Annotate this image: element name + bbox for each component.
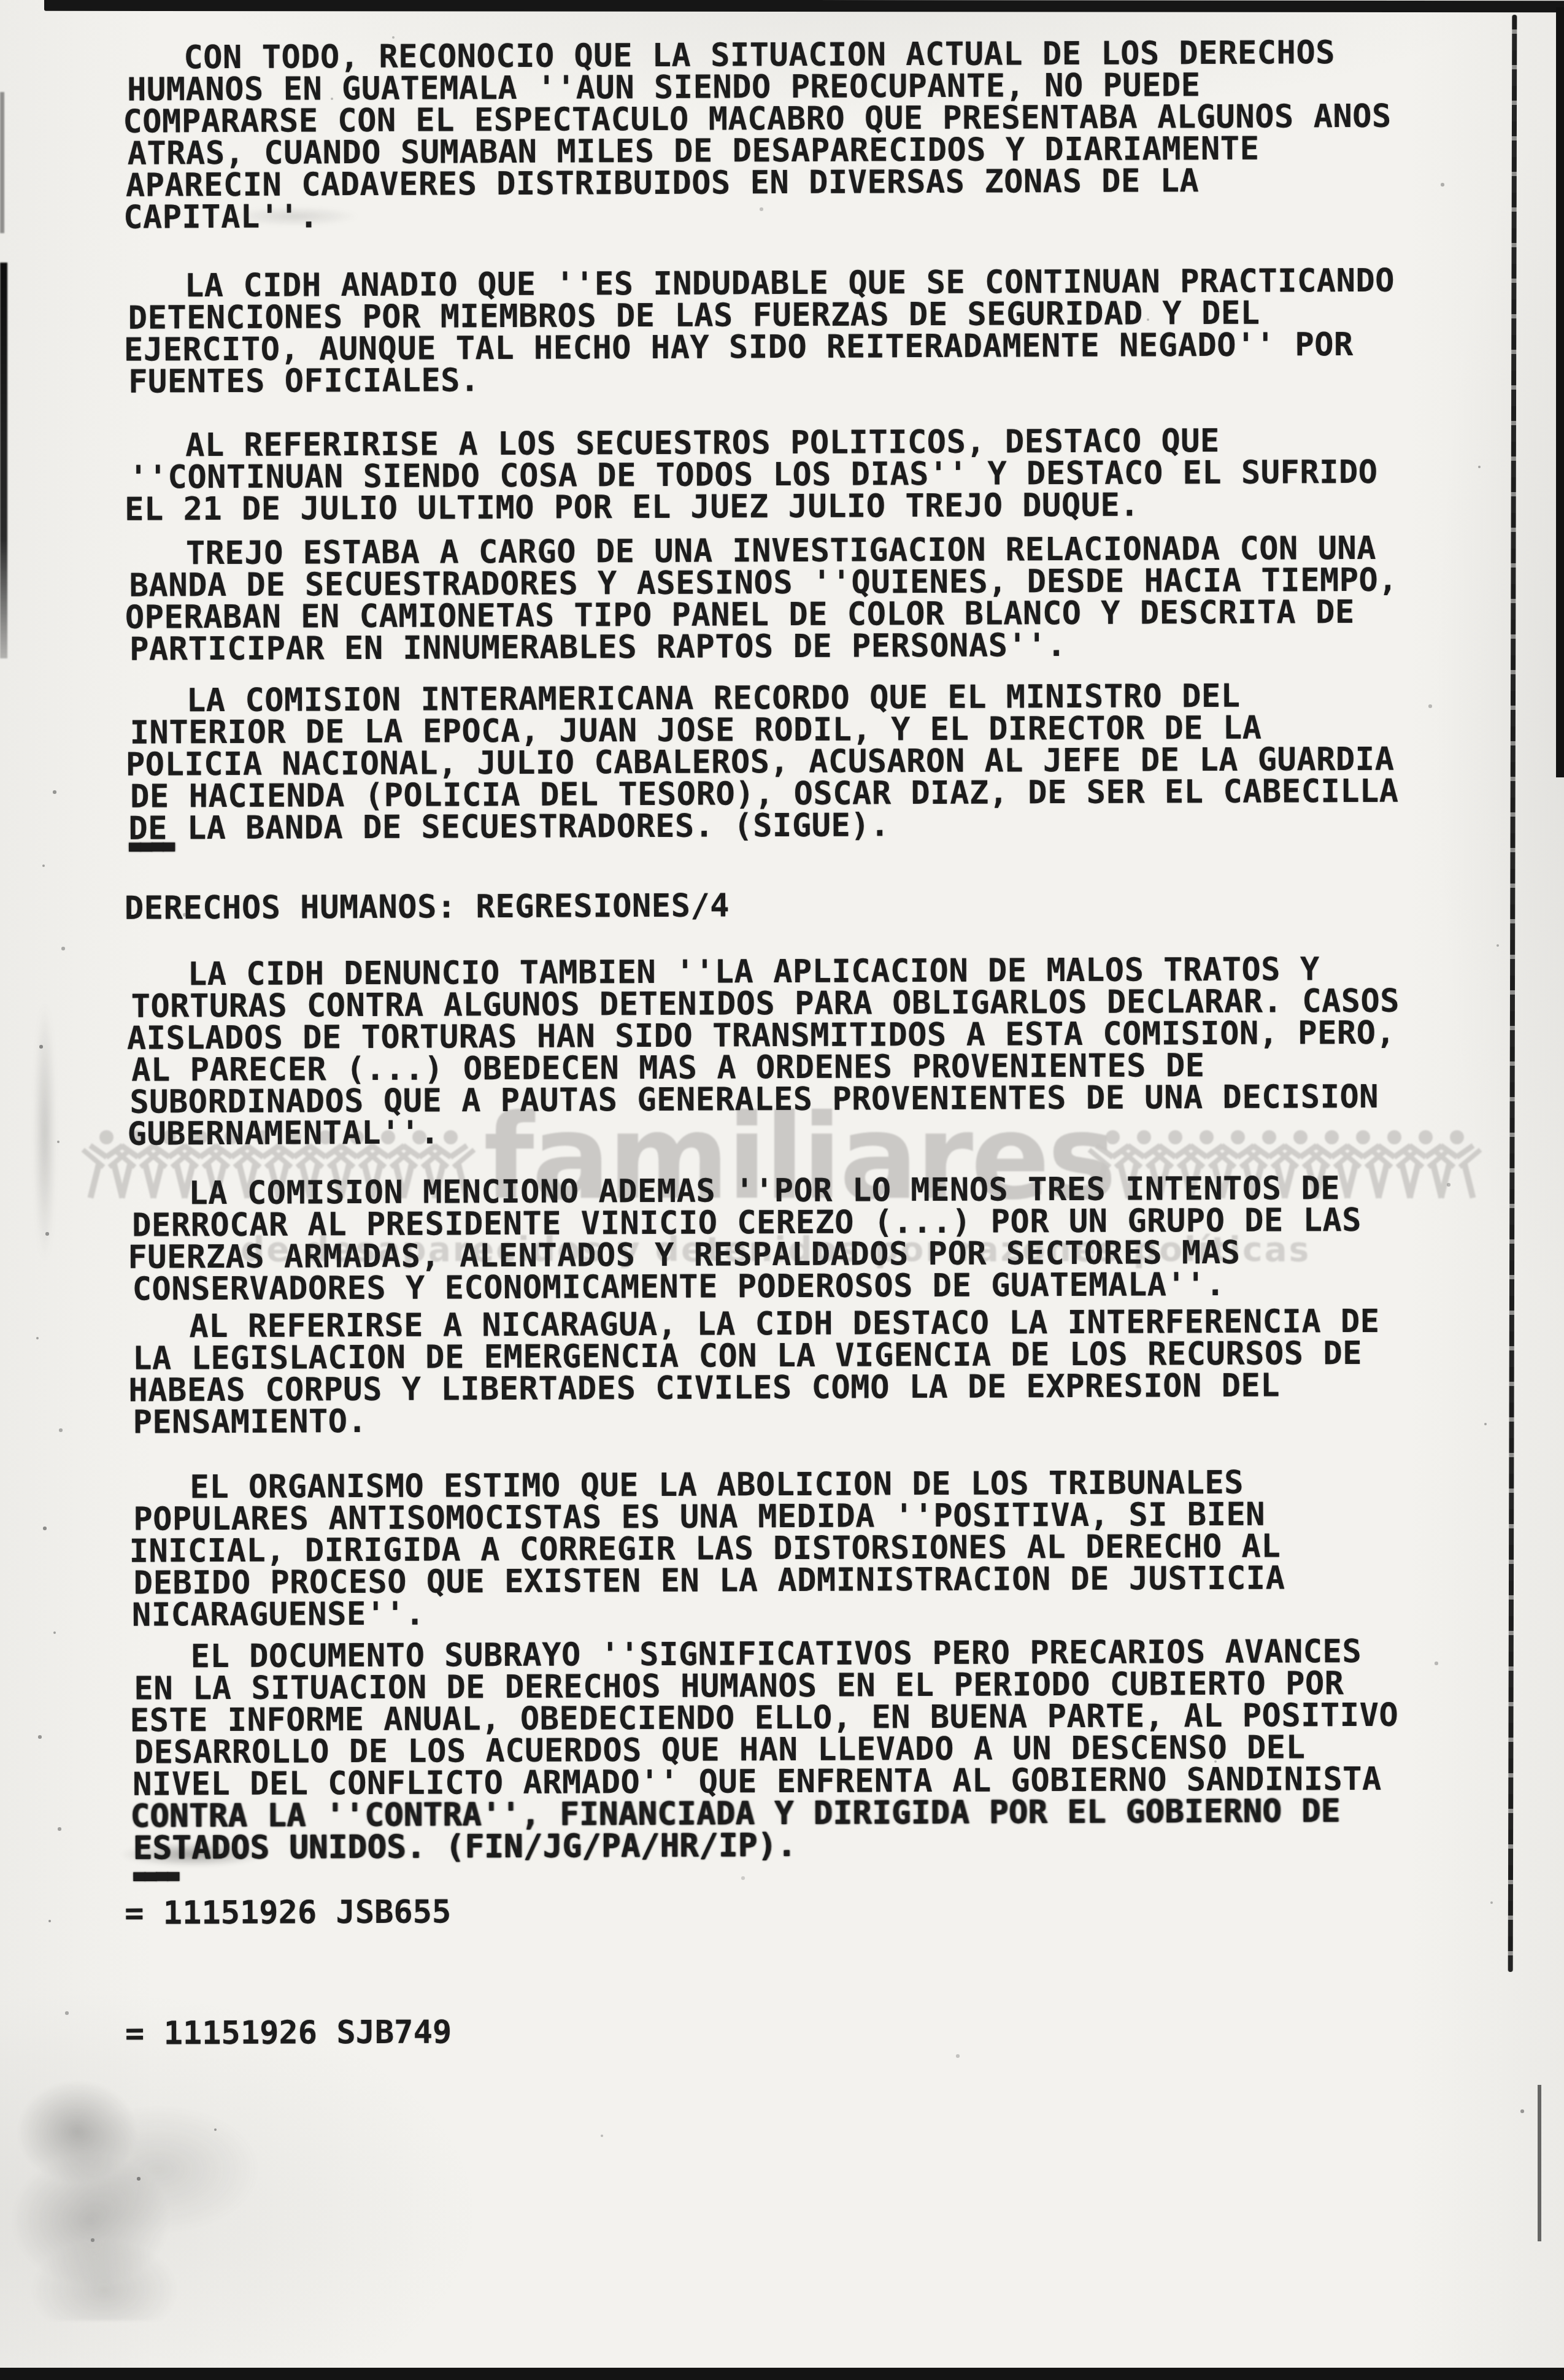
paragraph: LA COMISION MENCIONO ADEMAS ''POR LO MEN… xyxy=(130,1173,1360,1306)
text-line: DEBIDO PROCESO QUE EXISTEN EN LA ADMINIS… xyxy=(134,1562,1285,1599)
scan-artifact-right-edge xyxy=(1556,7,1564,777)
scan-artifact-left-streak xyxy=(0,263,7,658)
text-line: CONSERVADORES Y ECONOMICAMENTE PODEROSOS… xyxy=(133,1268,1362,1306)
text-line: EJERCITO, AUNQUE TAL HECHO HAY SIDO REIT… xyxy=(124,329,1393,366)
text-line: CONTRA LA ''CONTRA'', FINANCIADA Y DIRIG… xyxy=(130,1795,1399,1833)
separator-dash: ---- xyxy=(123,825,168,864)
telex-id-line: = 11151926 JSB655 xyxy=(125,1896,451,1929)
section-heading: DERECHOS HUMANOS: REGRESIONES/4 xyxy=(125,890,730,924)
scanned-document-page: { "colors": { "paper": "#f3f2ee", "ink":… xyxy=(0,0,1564,2380)
text-line: EL 21 DE JULIO ULTIMO POR EL JUEZ JULIO … xyxy=(125,488,1374,526)
paragraph: EL ORGANISMO ESTIMO QUE LA ABOLICION DE … xyxy=(131,1466,1284,1631)
paragraph: LA CIDH DENUNCIO TAMBIEN ''LA APLICACION… xyxy=(129,953,1398,1150)
text-line: GUBERNAMENTAL''. xyxy=(127,1113,1396,1150)
text-line: DE HACIENDA (POLICIA DEL TESORO), OSCAR … xyxy=(130,776,1399,813)
telex-id-line: = 11151926 SJB749 xyxy=(125,2016,452,2049)
scan-artifact-top-bar xyxy=(44,0,1564,12)
text-line: ATRAS, CUANDO SUMABAN MILES DE DESAPAREC… xyxy=(128,133,1396,170)
scan-artifact-left-streak xyxy=(0,92,4,233)
scan-artifact-ink-smear xyxy=(92,1838,295,1871)
scan-artifact-speckles xyxy=(0,0,1,1)
text-line: AL PARECER (...) OBEDECEN MAS A ORDENES … xyxy=(131,1049,1400,1087)
paragraph: AL REFERIRISE A LOS SECUESTROS POLITICOS… xyxy=(127,425,1376,526)
paragraph: TREJO ESTABA A CARGO DE UNA INVESTIGACIO… xyxy=(127,533,1396,666)
paragraph: LA CIDH ANADIO QUE ''ES INDUDABLE QUE SE… xyxy=(126,265,1395,398)
paragraph: LA COMISION INTERAMERICANA RECORDO QUE E… xyxy=(128,680,1397,845)
scan-artifact-bottom-bar xyxy=(0,2368,1564,2380)
paragraph: AL REFERIRSE A NICARAGUA, LA CIDH DESTAC… xyxy=(131,1306,1381,1439)
scan-artifact-smudge xyxy=(31,957,59,1307)
text-line: PARTICIPAR EN INNUMERABLES RAPTOS DE PER… xyxy=(129,628,1398,666)
text-line: PENSAMIENTO. xyxy=(133,1401,1382,1439)
text-line: DESARROLLO DE LOS ACUERDOS QUE HAN LLEVA… xyxy=(134,1731,1403,1769)
scan-artifact-ghost-text xyxy=(202,202,387,230)
text-line: FUENTES OFICIALES. xyxy=(128,361,1397,398)
scan-artifact-speckle-cloud xyxy=(10,2069,280,2320)
text-line: HABEAS CORPUS Y LIBERTADES CIVILES COMO … xyxy=(128,1369,1377,1407)
document-text-layer: CON TODO, RECONOCIO QUE LA SITUACION ACT… xyxy=(0,0,1564,2380)
paragraph: EL DOCUMENTO SUBRAYO ''SIGNIFICATIVOS PE… xyxy=(132,1636,1401,1865)
scan-artifact-right-edge xyxy=(1538,2085,1541,2241)
